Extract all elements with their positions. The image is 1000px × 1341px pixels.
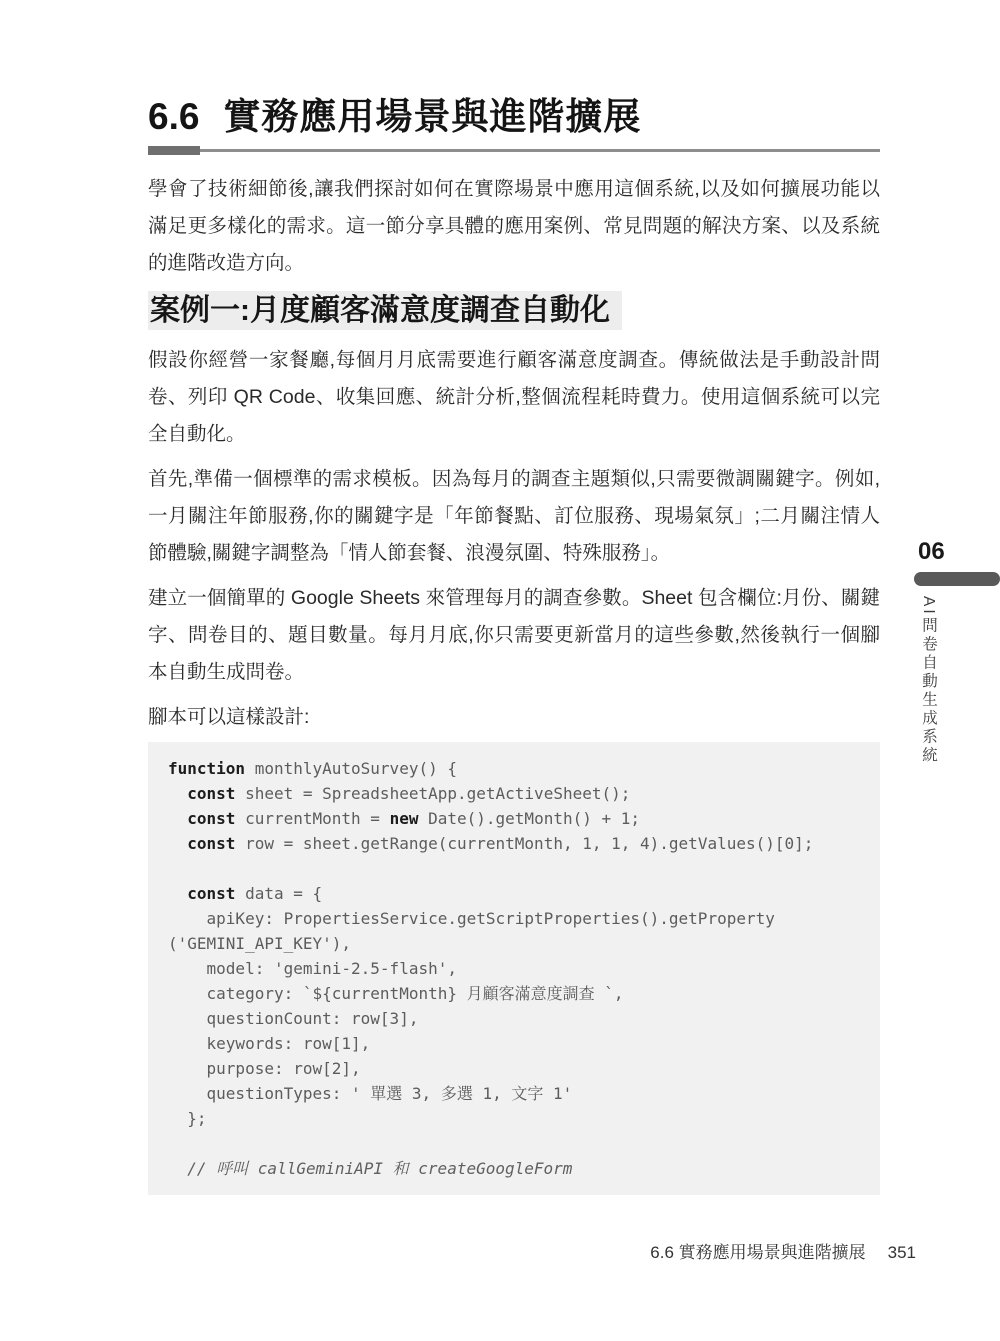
code-line: apiKey: PropertiesService.getScriptPrope… [168, 906, 860, 931]
code-line: const sheet = SpreadsheetApp.getActiveSh… [168, 781, 860, 806]
code-line: purpose: row[2], [168, 1056, 860, 1081]
heading-rule-line [148, 149, 880, 152]
heading-rule [148, 146, 880, 155]
case-paragraph-3: 建立一個簡單的 Google Sheets 來管理每月的調查參數。Sheet 包… [148, 580, 880, 691]
code-line: model: 'gemini-2.5-flash', [168, 956, 860, 981]
code-line: // 呼叫 callGeminiAPI 和 createGoogleForm [168, 1156, 860, 1181]
code-line: questionTypes: ' 單選 3, 多選 1, 文字 1' [168, 1081, 860, 1106]
section-heading: 6.6 實務應用場景與進階擴展 [148, 94, 880, 140]
intro-paragraph: 學會了技術細節後,讓我們探討如何在實際場景中應用這個系統,以及如何擴展功能以滿足… [148, 171, 880, 282]
code-line: ('GEMINI_API_KEY'), [168, 931, 860, 956]
page-footer: 6.6 實務應用場景與進階擴展 351 [650, 1238, 916, 1263]
footer-page-number: 351 [888, 1243, 916, 1263]
code-line: questionCount: row[3], [168, 1006, 860, 1031]
footer-section-label: 6.6 實務應用場景與進階擴展 [650, 1238, 865, 1263]
chapter-tab-pill [914, 572, 1000, 586]
chapter-title-vertical: AI問卷自動生成系統 [917, 596, 939, 776]
code-line: keywords: row[1], [168, 1031, 860, 1056]
case-paragraph-2: 首先,準備一個標準的需求模板。因為每月的調查主題類似,只需要微調關鍵字。例如,一… [148, 461, 880, 572]
page-content: 6.6 實務應用場景與進階擴展 學會了技術細節後,讓我們探討如何在實際場景中應用… [148, 94, 880, 1195]
case-heading: 案例一:月度顧客滿意度調查自動化 [148, 290, 880, 332]
code-line: const row = sheet.getRange(currentMonth,… [168, 831, 860, 856]
case-heading-text: 案例一:月度顧客滿意度調查自動化 [148, 291, 622, 330]
case-paragraph-4: 腳本可以這樣設計: [148, 699, 880, 736]
code-line: }; [168, 1106, 860, 1131]
section-number: 6.6 [148, 94, 199, 140]
code-block: function monthlyAutoSurvey() { const she… [148, 742, 880, 1195]
chapter-number-tab: 06 [918, 538, 945, 566]
code-line: const data = { [168, 881, 860, 906]
heading-rule-accent [148, 146, 200, 155]
code-line [168, 856, 860, 881]
code-line: category: `${currentMonth} 月顧客滿意度調查 `, [168, 981, 860, 1006]
code-line: function monthlyAutoSurvey() { [168, 756, 860, 781]
section-title: 實務應用場景與進階擴展 [223, 94, 641, 140]
code-line [168, 1131, 860, 1156]
case-paragraph-1: 假設你經營一家餐廳,每個月月底需要進行顧客滿意度調查。傳統做法是手動設計問卷、列… [148, 342, 880, 453]
code-line: const currentMonth = new Date().getMonth… [168, 806, 860, 831]
